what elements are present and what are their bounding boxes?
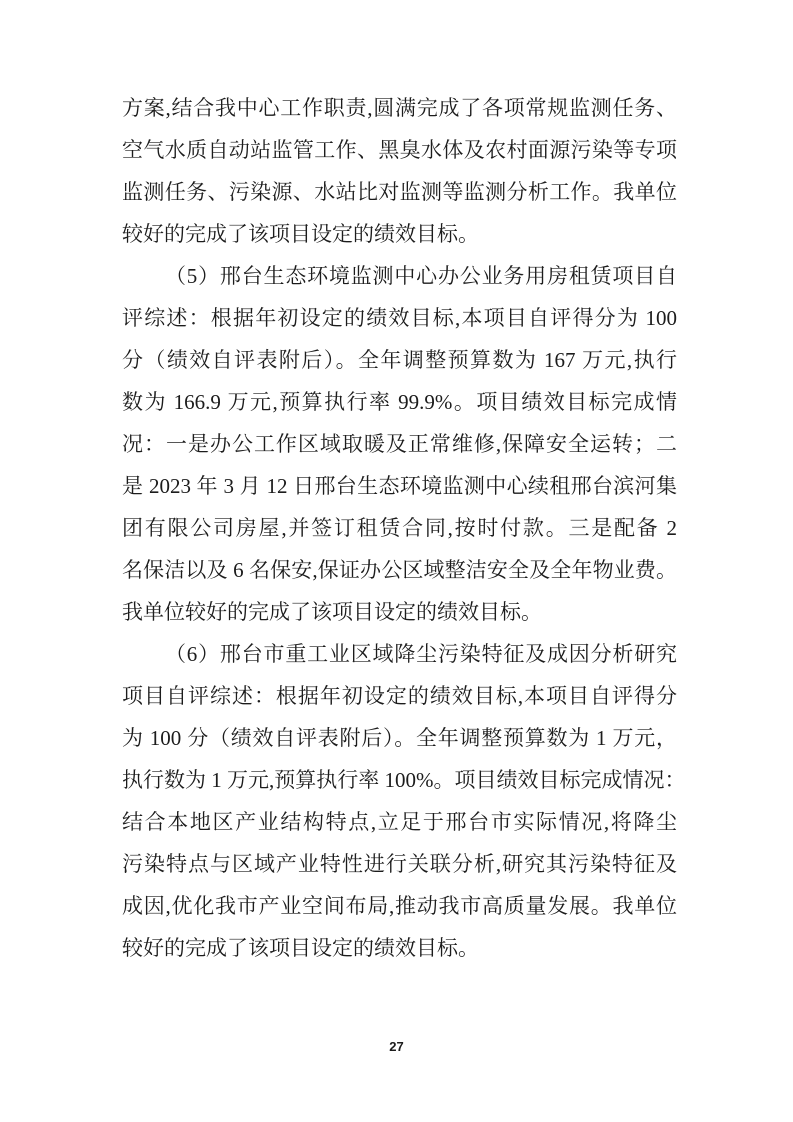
text-line: 团有限公司房屋,并签订租赁合同,按时付款。三是配备 2 [122, 507, 677, 549]
text-line: 结合本地区产业结构特点,立足于邢台市实际情况,将降尘 [122, 801, 677, 843]
document-body: 方案,结合我中心工作职责,圆满完成了各项常规监测任务、空气水质自动站监管工作、黑… [122, 87, 677, 969]
text-line: 成因,优化我市产业空间布局,推动我市高质量发展。我单位 [122, 885, 677, 927]
text-line: 名保洁以及 6 名保安,保证办公区域整洁安全及全年物业费。 [122, 549, 677, 591]
text-line: 较好的完成了该项目设定的绩效目标。 [122, 213, 677, 255]
text-line: 较好的完成了该项目设定的绩效目标。 [122, 927, 677, 969]
page-number: 27 [0, 1037, 793, 1057]
text-line: 数为 166.9 万元,预算执行率 99.9%。项目绩效目标完成情 [122, 381, 677, 423]
text-line: 评综述：根据年初设定的绩效目标,本项目自评得分为 100 [122, 297, 677, 339]
text-line: 执行数为 1 万元,预算执行率 100%。项目绩效目标完成情况： [122, 759, 677, 801]
text-line: 我单位较好的完成了该项目设定的绩效目标。 [122, 591, 677, 633]
text-line: 项目自评综述：根据年初设定的绩效目标,本项目自评得分 [122, 675, 677, 717]
document-page: 方案,结合我中心工作职责,圆满完成了各项常规监测任务、空气水质自动站监管工作、黑… [0, 0, 793, 1122]
text-line: 空气水质自动站监管工作、黑臭水体及农村面源污染等专项 [122, 129, 677, 171]
text-line: 分（绩效自评表附后）。全年调整预算数为 167 万元,执行 [122, 339, 677, 381]
text-line: 污染特点与区域产业特性进行关联分析,研究其污染特征及 [122, 843, 677, 885]
text-line: 方案,结合我中心工作职责,圆满完成了各项常规监测任务、 [122, 87, 677, 129]
text-line: 是 2023 年 3 月 12 日邢台生态环境监测中心续租邢台滨河集 [122, 465, 677, 507]
text-line: （6）邢台市重工业区域降尘污染特征及成因分析研究 [122, 633, 677, 675]
text-line: 为 100 分（绩效自评表附后）。全年调整预算数为 1 万元， [122, 717, 677, 759]
paragraph: （6）邢台市重工业区域降尘污染特征及成因分析研究项目自评综述：根据年初设定的绩效… [122, 633, 677, 969]
paragraph: （5）邢台生态环境监测中心办公业务用房租赁项目自评综述：根据年初设定的绩效目标,… [122, 255, 677, 633]
text-line: 况：一是办公工作区域取暖及正常维修,保障安全运转；二 [122, 423, 677, 465]
text-line: （5）邢台生态环境监测中心办公业务用房租赁项目自 [122, 255, 677, 297]
text-line: 监测任务、污染源、水站比对监测等监测分析工作。我单位 [122, 171, 677, 213]
paragraph: 方案,结合我中心工作职责,圆满完成了各项常规监测任务、空气水质自动站监管工作、黑… [122, 87, 677, 255]
